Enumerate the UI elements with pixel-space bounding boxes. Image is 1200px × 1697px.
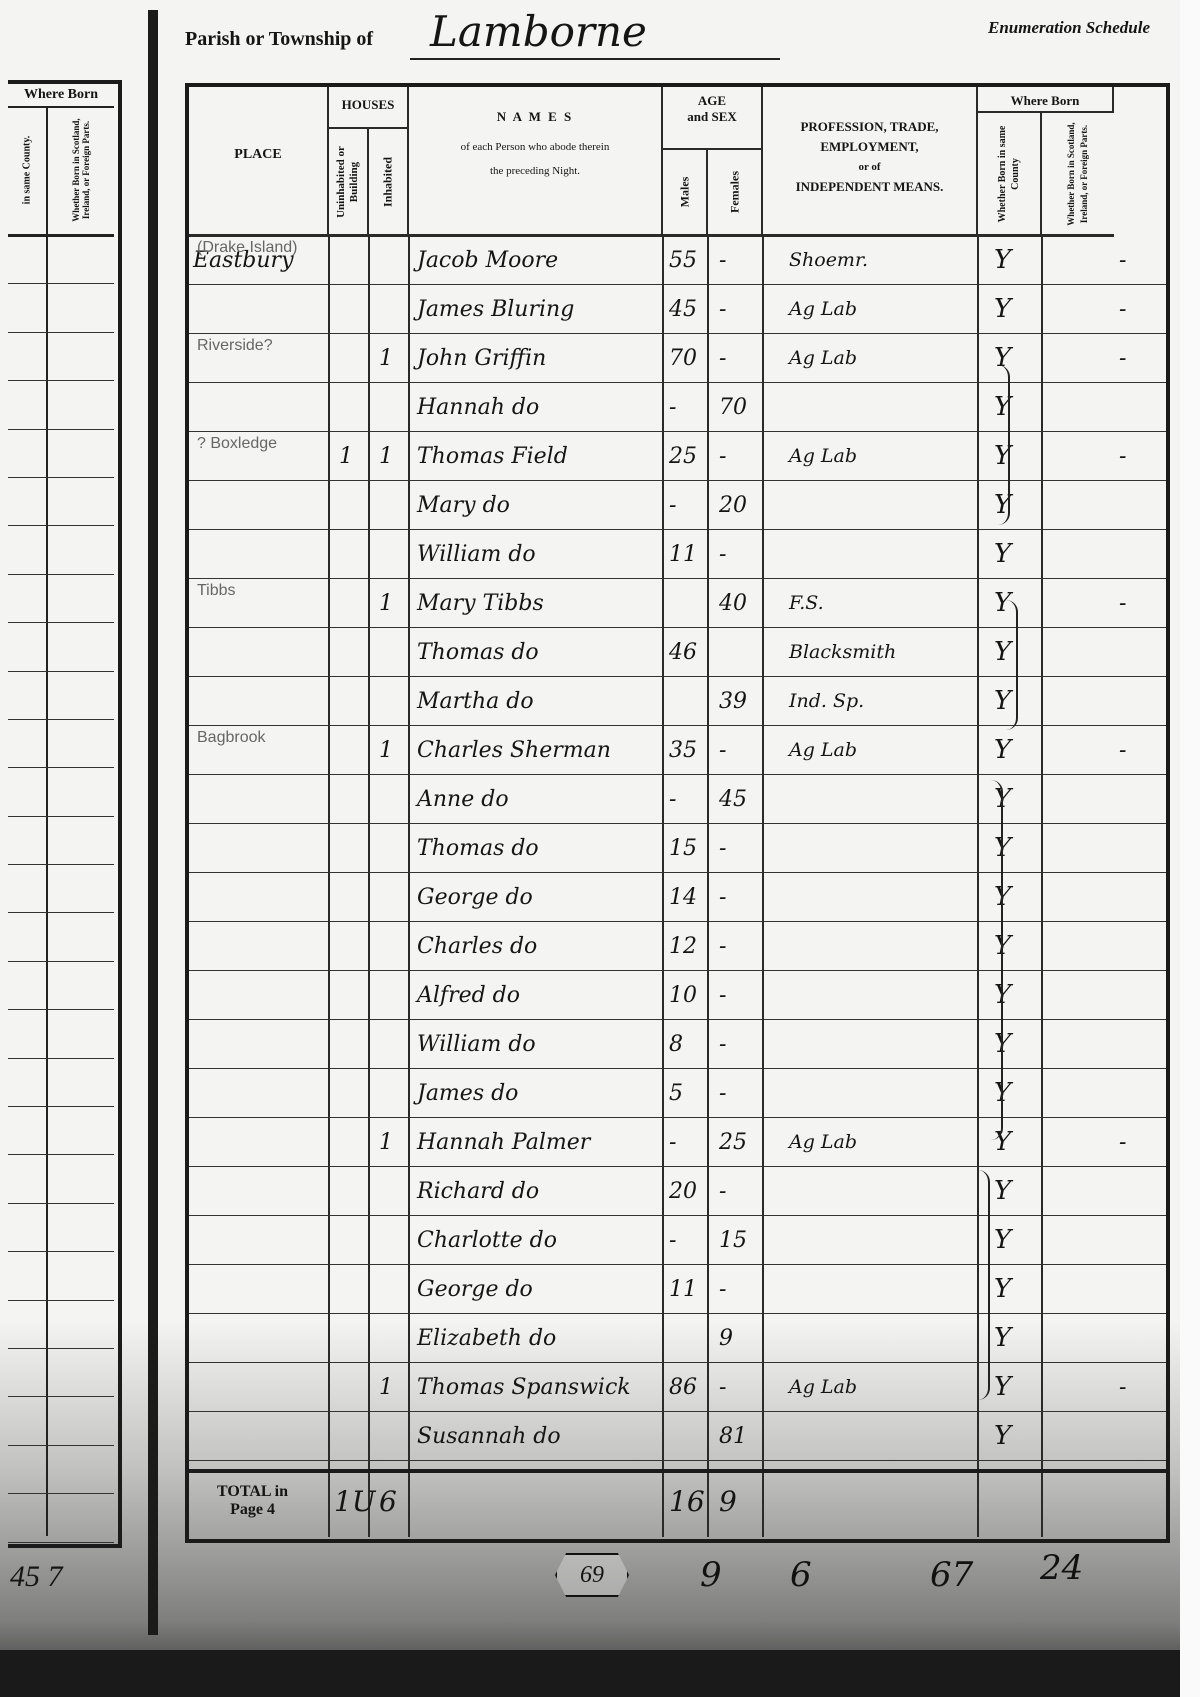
cell-profession	[789, 1266, 974, 1313]
cell-inhabited	[379, 1070, 407, 1117]
cell-name: William do	[417, 531, 657, 578]
cell-profession: Ag Lab	[789, 286, 974, 333]
cell-uninhabited	[339, 1413, 367, 1460]
cell-place-note	[197, 776, 327, 825]
table-row: William do8-Y	[189, 1021, 1166, 1069]
cell-place-note	[197, 384, 327, 433]
cell-born-elsewhere	[1119, 1070, 1159, 1117]
cell-female: -	[719, 727, 761, 774]
cell-profession	[789, 825, 974, 872]
cell-male: 70	[669, 335, 707, 382]
household-brace	[972, 1170, 990, 1400]
cell-male: -	[669, 1119, 707, 1166]
cell-born-elsewhere	[1119, 1217, 1159, 1264]
cell-uninhabited	[339, 384, 367, 431]
cell-name: Hannah Palmer	[417, 1119, 657, 1166]
cell-inhabited	[379, 972, 407, 1019]
cell-male: 25	[669, 433, 707, 480]
total-row: TOTAL in Page 4 1U 6 16 9	[189, 1469, 1166, 1543]
table-row: EastburyJacob Moore55-Shoemr.Y-(Drake Is…	[189, 237, 1166, 285]
cell-born-county: Y	[994, 1168, 1039, 1215]
cell-born-elsewhere	[1119, 923, 1159, 970]
cell-female: -	[719, 1168, 761, 1215]
table-row: Mary do-20Y	[189, 482, 1166, 530]
cell-born-elsewhere	[1119, 1266, 1159, 1313]
table-row: 11Thomas Field25-Ag LabY-? Boxledge	[189, 433, 1166, 481]
cell-profession	[789, 776, 974, 823]
cell-place-note	[197, 1119, 327, 1168]
cell-uninhabited	[339, 531, 367, 578]
cell-born-county: Y	[994, 1364, 1039, 1411]
cell-name: Charles do	[417, 923, 657, 970]
left-page-row	[8, 623, 114, 671]
table-row: Charles do12-Y	[189, 923, 1166, 971]
cell-place-note: ? Boxledge	[197, 433, 327, 482]
left-page-row	[8, 381, 114, 429]
bottom-mark: 67	[930, 1555, 973, 1595]
cell-profession	[789, 874, 974, 921]
cell-name: Alfred do	[417, 972, 657, 1019]
cell-male: 14	[669, 874, 707, 921]
left-where-born-header: Where Born	[8, 84, 114, 108]
cell-uninhabited	[339, 923, 367, 970]
cell-place-note	[197, 1266, 327, 1315]
cell-name: Jacob Moore	[417, 237, 657, 284]
cell-female: -	[719, 237, 761, 284]
cell-inhabited	[379, 629, 407, 676]
cell-place-note: (Drake Island)	[197, 237, 327, 286]
cell-born-elsewhere: -	[1119, 433, 1159, 480]
total-uninhabited: 1U	[334, 1485, 375, 1518]
cell-male: 20	[669, 1168, 707, 1215]
place-header: PLACE	[189, 87, 329, 237]
table-row: 1John Griffin70-Ag LabY-Riverside?	[189, 335, 1166, 383]
cell-place-note	[197, 825, 327, 874]
cell-male	[669, 1413, 707, 1460]
parish-label: Parish or Township of	[185, 28, 373, 51]
cell-profession	[789, 531, 974, 578]
inhabited-header: Inhabited	[369, 127, 409, 237]
page-number-stamp: 69	[555, 1553, 629, 1597]
cell-born-elsewhere	[1119, 874, 1159, 921]
cell-uninhabited	[339, 335, 367, 382]
cell-name: James Bluring	[417, 286, 657, 333]
cell-born-county: Y	[994, 237, 1039, 284]
table-row: George do11-Y	[189, 1266, 1166, 1314]
cell-uninhabited	[339, 825, 367, 872]
cell-born-elsewhere: -	[1119, 335, 1159, 382]
table-row: 1Mary Tibbs40F.S.Y-Tibbs	[189, 580, 1166, 628]
cell-uninhabited	[339, 874, 367, 921]
left-page-row	[8, 1446, 114, 1494]
cell-male: -	[669, 776, 707, 823]
total-females: 9	[719, 1485, 737, 1518]
parish-value: Lamborne	[410, 6, 780, 60]
table-row: Anne do-45Y	[189, 776, 1166, 824]
bottom-mark: 6	[790, 1555, 812, 1595]
born-elsewhere-header: Whether Born in Scotland, Ireland, or Fo…	[1042, 113, 1114, 237]
scan-edge	[0, 1650, 1200, 1697]
cell-uninhabited	[339, 1119, 367, 1166]
cell-born-elsewhere	[1119, 629, 1159, 676]
cell-male: 11	[669, 531, 707, 578]
left-page-footnote: 45 7	[10, 1560, 63, 1594]
cell-inhabited	[379, 237, 407, 284]
age-sex-header: AGE and SEX	[663, 87, 763, 150]
left-page-row	[8, 865, 114, 913]
names-header: N A M E S of each Person who abode there…	[409, 87, 663, 237]
cell-female: -	[719, 433, 761, 480]
cell-male: 35	[669, 727, 707, 774]
left-page-row	[8, 526, 114, 574]
page-spine	[148, 10, 158, 1635]
census-table: PLACE HOUSES Uninhabited or Building Inh…	[185, 83, 1170, 1543]
cell-uninhabited	[339, 1217, 367, 1264]
cell-uninhabited	[339, 678, 367, 725]
cell-inhabited	[379, 1315, 407, 1362]
cell-name: Martha do	[417, 678, 657, 725]
cell-uninhabited	[339, 727, 367, 774]
cell-name: George do	[417, 874, 657, 921]
cell-female: -	[719, 1266, 761, 1313]
cell-female: 25	[719, 1119, 761, 1166]
cell-inhabited	[379, 1217, 407, 1264]
cell-born-elsewhere: -	[1119, 286, 1159, 333]
cell-inhabited	[379, 482, 407, 529]
cell-born-elsewhere: -	[1119, 237, 1159, 284]
cell-place-note	[197, 923, 327, 972]
cell-born-elsewhere	[1119, 531, 1159, 578]
table-row: Richard do20-Y	[189, 1168, 1166, 1216]
cell-uninhabited	[339, 286, 367, 333]
cell-inhabited	[379, 1168, 407, 1215]
born-county-header: Whether Born in same County	[978, 113, 1042, 237]
table-row: Charlotte do-15Y	[189, 1217, 1166, 1265]
table-row: Alfred do10-Y	[189, 972, 1166, 1020]
cell-male: 55	[669, 237, 707, 284]
cell-name: John Griffin	[417, 335, 657, 382]
left-page-row	[8, 333, 114, 381]
left-page-row	[8, 1010, 114, 1058]
cell-uninhabited	[339, 776, 367, 823]
cell-name: Charles Sherman	[417, 727, 657, 774]
cell-profession	[789, 1168, 974, 1215]
cell-inhabited	[379, 531, 407, 578]
cell-name: Richard do	[417, 1168, 657, 1215]
cell-male	[669, 580, 707, 627]
cell-inhabited: 1	[379, 433, 407, 480]
cell-place-note: Bagbrook	[197, 727, 327, 776]
females-header: Females	[708, 150, 763, 237]
left-page-row	[8, 962, 114, 1010]
cell-female: 45	[719, 776, 761, 823]
table-row: Thomas do15-Y	[189, 825, 1166, 873]
cell-name: Hannah do	[417, 384, 657, 431]
cell-uninhabited	[339, 1266, 367, 1313]
cell-born-elsewhere: -	[1119, 727, 1159, 774]
cell-born-county: Y	[994, 1315, 1039, 1362]
left-page-row	[8, 478, 114, 526]
cell-inhabited	[379, 384, 407, 431]
cell-name: Elizabeth do	[417, 1315, 657, 1362]
cell-profession	[789, 1070, 974, 1117]
cell-place-note	[197, 286, 327, 335]
total-inhabited: 6	[379, 1485, 397, 1518]
table-row: James do5-Y	[189, 1070, 1166, 1118]
cell-male: 86	[669, 1364, 707, 1411]
left-page-row	[8, 1397, 114, 1445]
cell-uninhabited	[339, 1364, 367, 1411]
cell-name: Thomas Field	[417, 433, 657, 480]
left-page-row	[8, 1494, 114, 1542]
left-page-row	[8, 817, 114, 865]
cell-inhabited	[379, 1266, 407, 1313]
cell-profession: F.S.	[789, 580, 974, 627]
uninhabited-header: Uninhabited or Building	[329, 127, 369, 237]
cell-uninhabited	[339, 1021, 367, 1068]
schedule-title: Enumeration Schedule	[988, 18, 1150, 38]
cell-inhabited: 1	[379, 335, 407, 382]
cell-female: -	[719, 825, 761, 872]
cell-name: William do	[417, 1021, 657, 1068]
cell-profession: Ind. Sp.	[789, 678, 974, 725]
cell-male	[669, 1315, 707, 1362]
cell-uninhabited	[339, 237, 367, 284]
left-page-row	[8, 720, 114, 768]
left-page-row	[8, 1059, 114, 1107]
cell-place-note	[197, 629, 327, 678]
total-label: TOTAL in Page 4	[217, 1483, 288, 1519]
cell-born-elsewhere	[1119, 482, 1159, 529]
cell-born-county: Y	[994, 1217, 1039, 1264]
household-brace	[992, 365, 1010, 525]
cell-uninhabited	[339, 1168, 367, 1215]
left-born-county-header: in same County.	[8, 106, 48, 237]
cell-uninhabited	[339, 482, 367, 529]
cell-born-elsewhere	[1119, 776, 1159, 823]
scan-margin	[1180, 0, 1200, 1697]
cell-born-elsewhere: -	[1119, 580, 1159, 627]
cell-inhabited: 1	[379, 1119, 407, 1166]
left-page-row	[8, 1349, 114, 1397]
cell-male: -	[669, 384, 707, 431]
cell-place-note	[197, 531, 327, 580]
cell-profession	[789, 1413, 974, 1460]
table-row: Susannah do81Y	[189, 1413, 1166, 1461]
left-page-row	[8, 768, 114, 816]
cell-place-note	[197, 1413, 327, 1462]
cell-born-elsewhere: -	[1119, 1119, 1159, 1166]
cell-born-elsewhere	[1119, 678, 1159, 725]
cell-female: -	[719, 531, 761, 578]
cell-born-county: Y	[994, 1413, 1039, 1460]
cell-place-note	[197, 1021, 327, 1070]
males-header: Males	[663, 150, 708, 237]
cell-inhabited	[379, 825, 407, 872]
cell-inhabited	[379, 1413, 407, 1460]
cell-uninhabited	[339, 1070, 367, 1117]
cell-inhabited: 1	[379, 727, 407, 774]
profession-header: PROFESSION, TRADE, EMPLOYMENT, or of IND…	[763, 87, 978, 237]
cell-born-elsewhere	[1119, 825, 1159, 872]
table-row: William do11-Y	[189, 531, 1166, 579]
cell-female: -	[719, 923, 761, 970]
cell-profession	[789, 1315, 974, 1362]
table-row: 1Thomas Spanswick86-Ag LabY-	[189, 1364, 1166, 1412]
cell-born-elsewhere	[1119, 1315, 1159, 1362]
left-page-row	[8, 236, 114, 284]
table-row: George do14-Y	[189, 874, 1166, 922]
cell-profession	[789, 482, 974, 529]
houses-header: HOUSES	[329, 87, 409, 127]
household-brace	[1000, 600, 1018, 730]
cell-female: -	[719, 335, 761, 382]
cell-profession	[789, 923, 974, 970]
cell-place-note	[197, 972, 327, 1021]
cell-male: 46	[669, 629, 707, 676]
cell-born-elsewhere	[1119, 1168, 1159, 1215]
cell-inhabited	[379, 286, 407, 333]
cell-place-note	[197, 1217, 327, 1266]
table-row: Martha do39Ind. Sp.Y	[189, 678, 1166, 726]
total-males: 16	[669, 1485, 705, 1518]
cell-male: -	[669, 482, 707, 529]
cell-inhabited	[379, 923, 407, 970]
cell-born-elsewhere	[1119, 972, 1159, 1019]
cell-name: George do	[417, 1266, 657, 1313]
cell-name: James do	[417, 1070, 657, 1117]
cell-male: 15	[669, 825, 707, 872]
cell-female: 40	[719, 580, 761, 627]
cell-inhabited	[379, 776, 407, 823]
cell-place-note	[197, 1168, 327, 1217]
cell-place-note	[197, 1070, 327, 1119]
cell-name: Mary Tibbs	[417, 580, 657, 627]
cell-female: -	[719, 972, 761, 1019]
table-row: Thomas do46BlacksmithY	[189, 629, 1166, 677]
cell-place-note	[197, 1315, 327, 1364]
left-page-row	[8, 1155, 114, 1203]
cell-female: -	[719, 1021, 761, 1068]
cell-uninhabited	[339, 972, 367, 1019]
table-row: 1Charles Sherman35-Ag LabY-Bagbrook	[189, 727, 1166, 775]
cell-place-note	[197, 678, 327, 727]
left-page-row	[8, 913, 114, 961]
cell-inhabited	[379, 678, 407, 725]
cell-name: Anne do	[417, 776, 657, 823]
cell-female: 39	[719, 678, 761, 725]
cell-female: 81	[719, 1413, 761, 1460]
left-page-row	[8, 575, 114, 623]
cell-profession: Ag Lab	[789, 1119, 974, 1166]
cell-place-note: Tibbs	[197, 580, 327, 629]
cell-female: -	[719, 286, 761, 333]
cell-born-county: Y	[994, 531, 1039, 578]
cell-inhabited	[379, 1021, 407, 1068]
left-page-row	[8, 1301, 114, 1349]
table-row: 1Hannah Palmer-25Ag LabY-	[189, 1119, 1166, 1167]
bottom-mark: 9	[700, 1555, 722, 1595]
cell-male: 11	[669, 1266, 707, 1313]
table-row: James Bluring45-Ag LabY-	[189, 286, 1166, 334]
cell-place-note: Riverside?	[197, 335, 327, 384]
cell-profession	[789, 972, 974, 1019]
cell-born-county: Y	[994, 286, 1039, 333]
cell-name: Thomas do	[417, 629, 657, 676]
cell-profession: Ag Lab	[789, 335, 974, 382]
bottom-mark: 24	[1040, 1548, 1083, 1588]
cell-profession	[789, 1021, 974, 1068]
cell-male	[669, 678, 707, 725]
left-page-row	[8, 430, 114, 478]
cell-female: 15	[719, 1217, 761, 1264]
cell-born-elsewhere	[1119, 384, 1159, 431]
cell-born-elsewhere: -	[1119, 1364, 1159, 1411]
cell-female: 70	[719, 384, 761, 431]
cell-name: Thomas Spanswick	[417, 1364, 657, 1411]
left-page-row	[8, 1204, 114, 1252]
cell-inhabited: 1	[379, 1364, 407, 1411]
cell-uninhabited	[339, 580, 367, 627]
cell-female: 20	[719, 482, 761, 529]
cell-born-elsewhere	[1119, 1413, 1159, 1460]
left-page-row	[8, 1252, 114, 1300]
left-page-rows	[8, 236, 114, 1543]
cell-male: -	[669, 1217, 707, 1264]
table-row: Elizabeth do9Y	[189, 1315, 1166, 1363]
left-page-row	[8, 284, 114, 332]
cell-born-elsewhere	[1119, 1021, 1159, 1068]
left-page-row	[8, 672, 114, 720]
cell-profession	[789, 1217, 974, 1264]
cell-profession	[789, 384, 974, 431]
cell-male: 5	[669, 1070, 707, 1117]
left-born-elsewhere-header: Whether Born in Scotland, Ireland, or Fo…	[48, 106, 114, 237]
cell-female: 9	[719, 1315, 761, 1362]
cell-name: Thomas do	[417, 825, 657, 872]
cell-uninhabited	[339, 629, 367, 676]
where-born-header: Where Born	[978, 87, 1114, 113]
cell-name: Susannah do	[417, 1413, 657, 1460]
cell-inhabited	[379, 874, 407, 921]
household-brace	[985, 780, 1003, 1140]
cell-place-note	[197, 482, 327, 531]
cell-female: -	[719, 1364, 761, 1411]
cell-male: 12	[669, 923, 707, 970]
cell-profession: Shoemr.	[789, 237, 974, 284]
cell-born-county: Y	[994, 1266, 1039, 1313]
table-row: Hannah do-70Y	[189, 384, 1166, 432]
cell-name: Charlotte do	[417, 1217, 657, 1264]
cell-place-note	[197, 1364, 327, 1413]
cell-female	[719, 629, 761, 676]
cell-female: -	[719, 1070, 761, 1117]
cell-name: Mary do	[417, 482, 657, 529]
left-page-row	[8, 1107, 114, 1155]
cell-male: 45	[669, 286, 707, 333]
cell-place-note	[197, 874, 327, 923]
cell-profession: Ag Lab	[789, 1364, 974, 1411]
cell-female: -	[719, 874, 761, 921]
cell-uninhabited	[339, 1315, 367, 1362]
cell-male: 8	[669, 1021, 707, 1068]
cell-profession: Ag Lab	[789, 727, 974, 774]
cell-profession: Blacksmith	[789, 629, 974, 676]
cell-inhabited: 1	[379, 580, 407, 627]
cell-uninhabited: 1	[339, 433, 367, 480]
cell-male: 10	[669, 972, 707, 1019]
cell-born-county: Y	[994, 727, 1039, 774]
